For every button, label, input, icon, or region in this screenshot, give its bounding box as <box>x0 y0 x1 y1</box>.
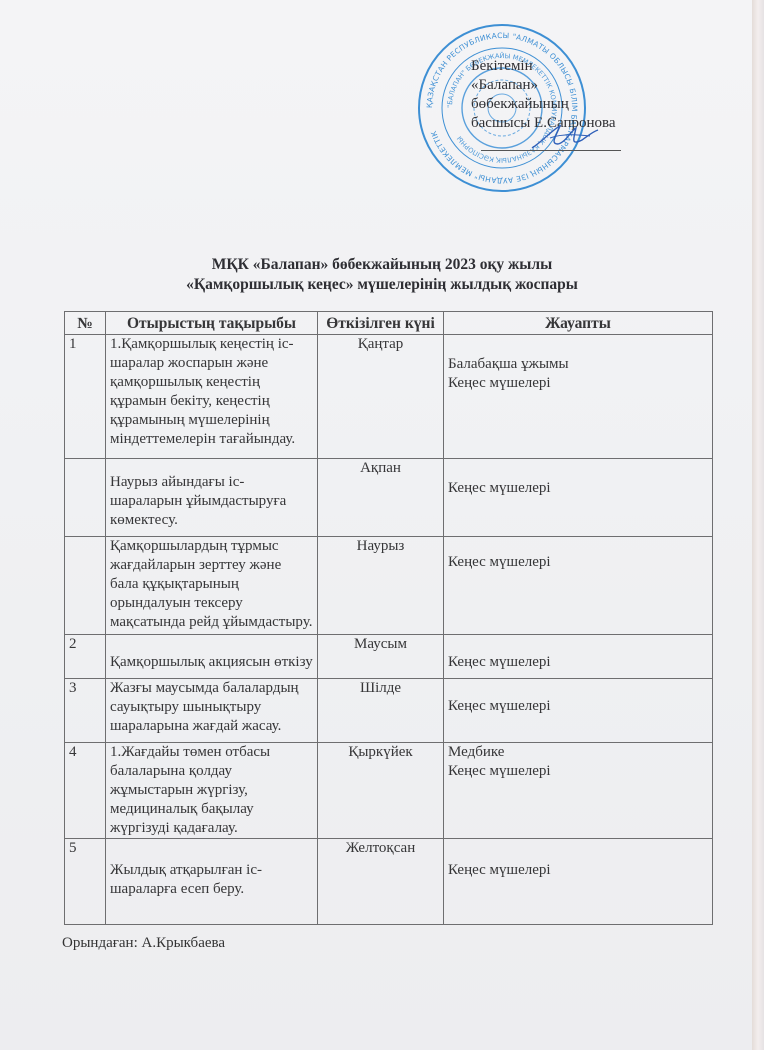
row-responsible: Кеңес мүшелері <box>444 635 713 679</box>
row-date: Маусым <box>318 635 444 679</box>
row-topic: 1.Қамқоршылық кеңестің іс-шаралар жоспар… <box>106 335 318 459</box>
table-row: 11.Қамқоршылық кеңестің іс-шаралар жоспа… <box>65 335 713 459</box>
table-row: Қамқоршылардың тұрмыс жағдайларын зертте… <box>65 537 713 635</box>
document-title: МҚК «Балапан» бөбекжайының 2023 оқу жылы… <box>0 255 764 295</box>
row-responsible: Балабақша ұжымы Кеңес мүшелері <box>444 335 713 459</box>
row-responsible: Кеңес мүшелері <box>444 839 713 925</box>
row-topic: Қамқоршылық акциясын өткізу <box>106 635 318 679</box>
row-topic: Жазғы маусымда балалардың сауықтыру шыны… <box>106 679 318 743</box>
row-number <box>65 459 106 537</box>
title-line-1: МҚК «Балапан» бөбекжайының 2023 оқу жылы <box>0 255 764 275</box>
approval-line: «Балапан» <box>471 76 616 95</box>
header-number: № <box>65 312 106 335</box>
row-date: Қыркүйек <box>318 743 444 839</box>
table-row: 2Қамқоршылық акциясын өткізуМаусымКеңес … <box>65 635 713 679</box>
header-responsible: Жауапты <box>444 312 713 335</box>
row-topic: 1.Жағдайы төмен отбасы балаларына қолдау… <box>106 743 318 839</box>
row-date: Желтоқсан <box>318 839 444 925</box>
row-number: 1 <box>65 335 106 459</box>
table-row: 3Жазғы маусымда балалардың сауықтыру шын… <box>65 679 713 743</box>
signature-line <box>481 150 621 151</box>
row-topic: Наурыз айындағы іс-шараларын ұйымдастыру… <box>106 459 318 537</box>
signature-icon <box>530 118 600 159</box>
table-row: Наурыз айындағы іс-шараларын ұйымдастыру… <box>65 459 713 537</box>
row-number <box>65 537 106 635</box>
plan-table: № Отырыстың тақырыбы Өткізілген күні Жау… <box>64 311 713 925</box>
row-responsible: Кеңес мүшелері <box>444 537 713 635</box>
header-date: Өткізілген күні <box>318 312 444 335</box>
prepared-by: Орындаған: А.Крыкбаева <box>62 935 225 952</box>
table-row: 41.Жағдайы төмен отбасы балаларына қолда… <box>65 743 713 839</box>
row-number: 3 <box>65 679 106 743</box>
table-row: 5Жылдық атқарылған іс-шараларға есеп бер… <box>65 839 713 925</box>
row-date: Қаңтар <box>318 335 444 459</box>
row-date: Шілде <box>318 679 444 743</box>
approval-line: бөбекжайының <box>471 95 616 114</box>
title-line-2: «Қамқоршылық кеңес» мүшелерінің жылдық ж… <box>0 275 764 295</box>
row-topic: Қамқоршылардың тұрмыс жағдайларын зертте… <box>106 537 318 635</box>
row-date: Наурыз <box>318 537 444 635</box>
scan-edge <box>752 0 764 1050</box>
row-number: 2 <box>65 635 106 679</box>
row-responsible: Медбике Кеңес мүшелері <box>444 743 713 839</box>
row-topic: Жылдық атқарылған іс-шараларға есеп беру… <box>106 839 318 925</box>
header-topic: Отырыстың тақырыбы <box>106 312 318 335</box>
approval-line: Бекітемін <box>471 57 616 76</box>
table-header-row: № Отырыстың тақырыбы Өткізілген күні Жау… <box>65 312 713 335</box>
row-number: 5 <box>65 839 106 925</box>
row-number: 4 <box>65 743 106 839</box>
row-date: Ақпан <box>318 459 444 537</box>
row-responsible: Кеңес мүшелері <box>444 679 713 743</box>
row-responsible: Кеңес мүшелері <box>444 459 713 537</box>
